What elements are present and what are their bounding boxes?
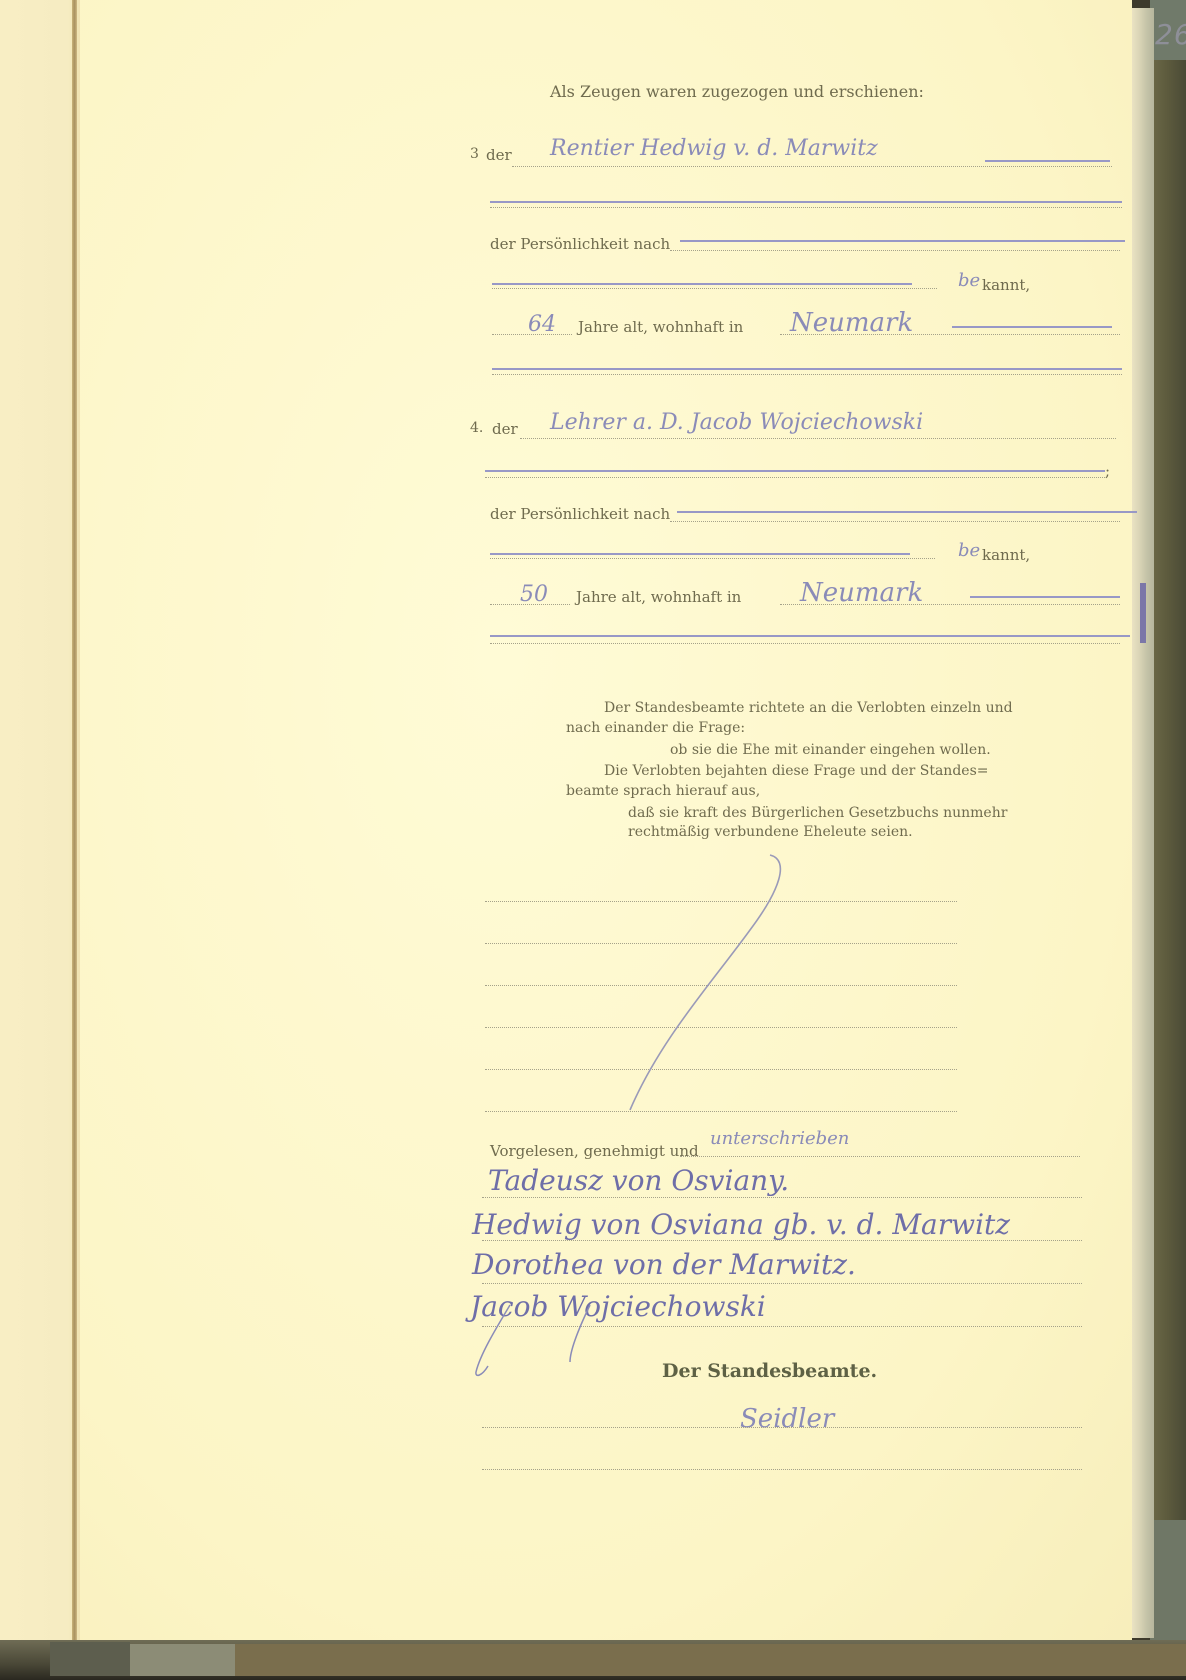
cloth-b bbox=[130, 1644, 235, 1676]
witness-3-index: 3 bbox=[470, 146, 479, 162]
ceremony-line-3: ob sie die Ehe mit einander eingehen wol… bbox=[670, 740, 991, 760]
witness-4-identity-ruling bbox=[677, 511, 1137, 513]
dotline bbox=[482, 1240, 1082, 1241]
ceremony-line-1: Der Standesbeamte richtete an die Verlob… bbox=[604, 698, 1013, 718]
witness-3-ruling-1 bbox=[490, 201, 1122, 203]
cloth-a bbox=[50, 1642, 130, 1676]
page-number: 261 bbox=[1155, 18, 1186, 51]
witness-4-age: 50 bbox=[520, 582, 548, 607]
witness-4-known-suffix: kannt, bbox=[982, 546, 1030, 564]
dotline bbox=[482, 1427, 1082, 1428]
dotline bbox=[492, 288, 937, 289]
register-page: 261 Als Zeugen waren zugezogen und ersch… bbox=[80, 0, 1132, 1640]
witnesses-header: Als Zeugen waren zugezogen und erschiene… bbox=[550, 82, 924, 101]
witness-3-ruling-2 bbox=[492, 283, 912, 285]
official-signature: Seidler bbox=[740, 1404, 834, 1434]
dotline bbox=[492, 374, 1122, 375]
ceremony-line-2: nach einander die Frage: bbox=[566, 718, 745, 738]
witness-3-prefix: der bbox=[486, 146, 512, 164]
dotline bbox=[670, 250, 1120, 251]
witness-4-ruling-3 bbox=[490, 635, 1130, 637]
page-edges bbox=[1130, 8, 1154, 1638]
dotline bbox=[490, 207, 1122, 208]
witness-4-semicolon: ; bbox=[1105, 462, 1110, 480]
book-gutter bbox=[72, 0, 77, 1640]
witness-3-known-suffix: kannt, bbox=[982, 276, 1030, 294]
dotline bbox=[482, 1469, 1082, 1470]
witness-4-ruling-1 bbox=[485, 470, 1105, 472]
approval-hand: unterschrieben bbox=[710, 1128, 849, 1149]
witness-4-residence-dash bbox=[970, 596, 1120, 598]
book-cover-bottom bbox=[0, 1640, 1186, 1680]
official-title: Der Standesbeamte. bbox=[662, 1360, 877, 1382]
dotline bbox=[490, 643, 1120, 644]
dotline bbox=[482, 1283, 1082, 1284]
cancellation-stroke bbox=[620, 850, 800, 1130]
ceremony-line-4: Die Verlobten bejahten diese Frage und d… bbox=[604, 761, 989, 781]
witness-3-residence: Neumark bbox=[790, 308, 913, 338]
witness-4-residence: Neumark bbox=[800, 578, 923, 608]
witness-4-ruling-2 bbox=[490, 553, 910, 555]
witness-3-age: 64 bbox=[528, 312, 556, 337]
signature-witness-3: Dorothea von der Marwitz. bbox=[472, 1248, 856, 1281]
purple-tab-marker bbox=[1140, 583, 1146, 643]
dotline bbox=[680, 1156, 1080, 1157]
witness-3-identity-label: der Persönlichkeit nach bbox=[490, 235, 670, 253]
witness-3-ruling-3 bbox=[492, 368, 1122, 370]
dotline bbox=[482, 1197, 1082, 1198]
witness-3-age-label: Jahre alt, wohnhaft in bbox=[578, 318, 743, 336]
witness-3-known-hand: be bbox=[958, 270, 980, 291]
book-cover-right bbox=[1150, 0, 1186, 1680]
witness-3-name: Rentier Hedwig v. d. Marwitz bbox=[550, 136, 878, 161]
witness-4-age-label: Jahre alt, wohnhaft in bbox=[576, 588, 741, 606]
witness-3-dash bbox=[985, 160, 1110, 162]
witness-4-identity-label: der Persönlichkeit nach bbox=[490, 505, 670, 523]
ceremony-line-5: beamte sprach hierauf aus, bbox=[566, 781, 760, 801]
dotline bbox=[485, 477, 1105, 478]
witness-4-prefix: der bbox=[492, 420, 518, 438]
approval-label: Vorgelesen, genehmigt und bbox=[490, 1142, 699, 1160]
witness-3-residence-dash bbox=[952, 326, 1112, 328]
witness-3-identity-ruling bbox=[680, 240, 1125, 242]
dotline bbox=[490, 558, 935, 559]
previous-page-edge bbox=[0, 0, 81, 1640]
witness-4-name-line bbox=[520, 438, 1116, 439]
witness-4-known-hand: be bbox=[958, 540, 980, 561]
ceremony-line-7: rechtmäßig verbundene Eheleute seien. bbox=[628, 822, 913, 842]
signature-groom: Tadeusz von Osviany. bbox=[488, 1164, 789, 1197]
signature-bride: Hedwig von Osviana gb. v. d. Marwitz bbox=[472, 1208, 1010, 1241]
witness-3-name-line bbox=[512, 166, 1112, 167]
signature-flourish bbox=[470, 1300, 610, 1380]
ceremony-line-6: daß sie kraft des Bürgerlichen Gesetzbuc… bbox=[628, 803, 1007, 823]
witness-4-name: Lehrer a. D. Jacob Wojciechowski bbox=[550, 410, 923, 435]
cloth-c bbox=[235, 1644, 1186, 1676]
witness-4-index: 4. bbox=[470, 420, 483, 436]
dotline bbox=[670, 521, 1120, 522]
